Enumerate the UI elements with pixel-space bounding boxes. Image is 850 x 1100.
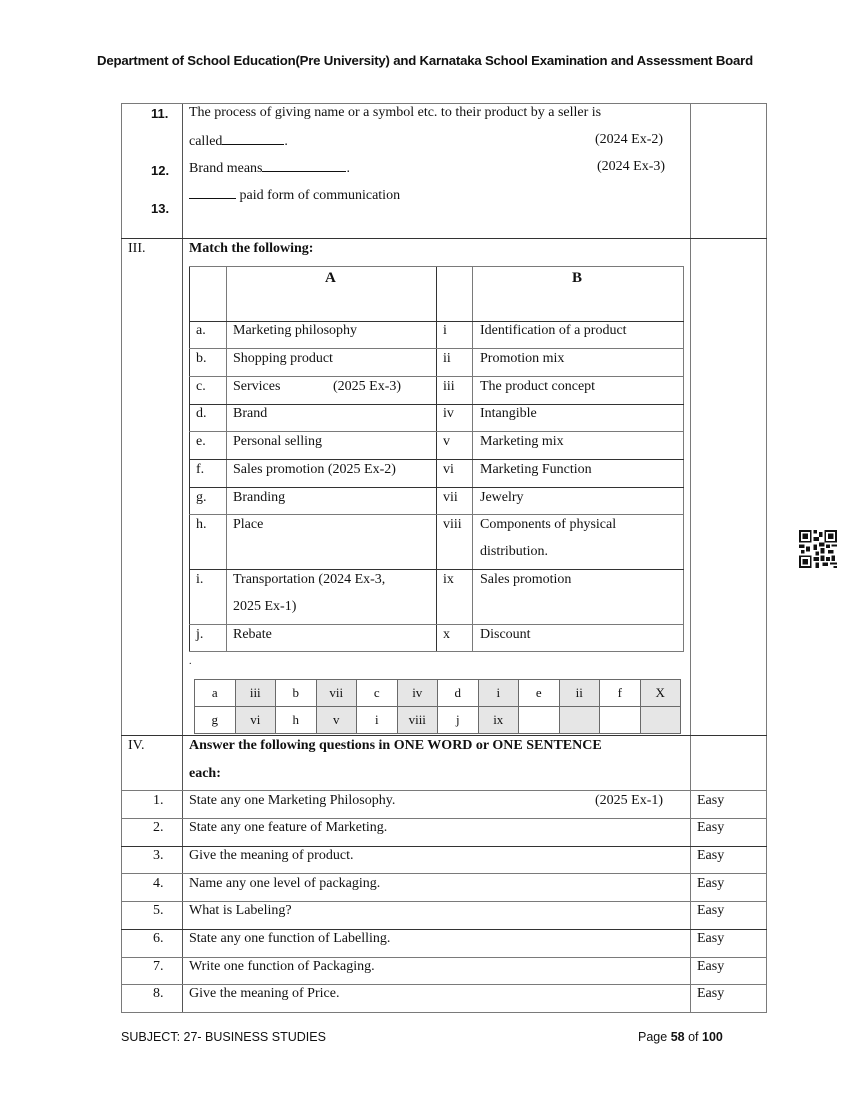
match-a-key: i. — [196, 572, 203, 588]
match-a-text: Sales promotion (2025 Ex-2) — [233, 462, 396, 478]
match-a-key: j. — [196, 627, 203, 643]
difficulty-level: Easy — [697, 931, 724, 947]
answer-key-letter — [600, 707, 641, 734]
question-number: 12. — [151, 163, 169, 179]
answer-key-table: aiiibviicivdieiifXgvihviviiijix — [194, 679, 681, 734]
exam-tag: (2024 Ex-3) — [597, 159, 665, 175]
match-a-key: h. — [196, 517, 207, 533]
question-number: 3. — [153, 848, 164, 864]
question-number: 7. — [153, 959, 164, 975]
section-number: III. — [128, 241, 146, 257]
qr-code-icon — [799, 530, 837, 568]
answer-key-match: vi — [235, 707, 276, 734]
column-b-header: B — [572, 270, 582, 286]
match-b-key: vii — [443, 490, 458, 506]
match-b-key: vi — [443, 462, 454, 478]
match-a-key: b. — [196, 351, 207, 367]
section-number: IV. — [128, 738, 144, 754]
answer-key-match: X — [640, 680, 681, 707]
exam-tag: (2025 Ex-3) — [333, 379, 401, 395]
answer-key-letter: j — [438, 707, 479, 734]
answer-key-letter: h — [276, 707, 317, 734]
stray-mark: . — [189, 654, 192, 670]
match-b-key: viii — [443, 517, 462, 533]
difficulty-level: Easy — [697, 986, 724, 1002]
answer-key-letter: a — [195, 680, 236, 707]
match-b-text-cont: distribution. — [480, 544, 548, 560]
answer-key-letter: c — [357, 680, 398, 707]
match-b-text: Discount — [480, 627, 531, 643]
match-a-text: Personal selling — [233, 434, 322, 450]
answer-key-letter: d — [438, 680, 479, 707]
question-text: Give the meaning of product. — [189, 848, 353, 864]
difficulty-level: Easy — [697, 876, 724, 892]
answer-key-letter: b — [276, 680, 317, 707]
answer-blank — [262, 159, 346, 172]
match-a-text: Branding — [233, 490, 285, 506]
answer-key-match: ii — [559, 680, 600, 707]
answer-key-letter — [519, 707, 560, 734]
question-text: What is Labeling? — [189, 903, 292, 919]
match-b-key: x — [443, 627, 450, 643]
page-header: Department of School Education(Pre Unive… — [0, 53, 850, 68]
question-text: The process of giving name or a symbol e… — [189, 105, 601, 121]
match-b-key: ix — [443, 572, 454, 588]
answer-key-letter: g — [195, 707, 236, 734]
answer-key-match: viii — [397, 707, 438, 734]
match-b-text: Marketing mix — [480, 434, 564, 450]
question-number: 5. — [153, 903, 164, 919]
match-a-text: Shopping product — [233, 351, 333, 367]
match-b-text: Sales promotion — [480, 572, 571, 588]
match-b-text: Components of physical — [480, 517, 616, 533]
exam-tag: (2025 Ex-1) — [595, 793, 663, 809]
match-b-text: The product concept — [480, 379, 595, 395]
footer-page-number: Page 58 of 100 — [638, 1030, 723, 1044]
question-number: 2. — [153, 820, 164, 836]
answer-key-match: ix — [478, 707, 519, 734]
answer-key-letter: f — [600, 680, 641, 707]
match-a-key: c. — [196, 379, 206, 395]
question-text: Brand means. — [189, 159, 350, 177]
question-number: 4. — [153, 876, 164, 892]
question-text: State any one Marketing Philosophy. — [189, 793, 395, 809]
question-text: State any one feature of Marketing. — [189, 820, 387, 836]
match-a-text: Services — [233, 379, 280, 395]
match-a-text-cont: 2025 Ex-1) — [233, 599, 296, 615]
section-title: Answer the following questions in ONE WO… — [189, 738, 602, 754]
question-text: Give the meaning of Price. — [189, 986, 339, 1002]
question-text: paid form of communication — [189, 186, 400, 204]
section-title-cont: each: — [189, 766, 221, 782]
answer-key-letter: i — [357, 707, 398, 734]
answer-key-row: aiiibviicivdieiifX — [195, 680, 681, 707]
question-number: 1. — [153, 793, 164, 809]
column-a-header: A — [325, 270, 336, 286]
answer-key-match: iii — [235, 680, 276, 707]
match-a-text: Brand — [233, 406, 267, 422]
match-a-key: g. — [196, 490, 207, 506]
match-a-text: Transportation (2024 Ex-3, — [233, 572, 385, 588]
difficulty-level: Easy — [697, 793, 724, 809]
match-a-key: e. — [196, 434, 206, 450]
question-text: State any one function of Labelling. — [189, 931, 390, 947]
match-b-text: Jewelry — [480, 490, 524, 506]
match-a-text: Marketing philosophy — [233, 323, 357, 339]
answer-blank — [222, 132, 284, 145]
match-a-text: Place — [233, 517, 263, 533]
difficulty-level: Easy — [697, 820, 724, 836]
match-a-text: Rebate — [233, 627, 272, 643]
match-b-key: v — [443, 434, 450, 450]
answer-key-match — [640, 707, 681, 734]
exam-tag: (2024 Ex-2) — [595, 132, 663, 148]
section-title: Match the following: — [189, 241, 313, 257]
answer-blank — [189, 186, 236, 199]
difficulty-level: Easy — [697, 903, 724, 919]
answer-key-letter: e — [519, 680, 560, 707]
difficulty-level: Easy — [697, 848, 724, 864]
match-a-key: d. — [196, 406, 207, 422]
match-b-key: ii — [443, 351, 451, 367]
match-b-key: i — [443, 323, 447, 339]
match-b-key: iv — [443, 406, 454, 422]
question-number: 11. — [151, 106, 168, 122]
question-number: 8. — [153, 986, 164, 1002]
question-text: Name any one level of packaging. — [189, 876, 380, 892]
question-text-cont: called. — [189, 132, 288, 150]
answer-key-match: iv — [397, 680, 438, 707]
match-b-text: Promotion mix — [480, 351, 564, 367]
footer-subject: SUBJECT: 27- BUSINESS STUDIES — [121, 1030, 326, 1044]
match-b-text: Identification of a product — [480, 323, 627, 339]
question-number: 6. — [153, 931, 164, 947]
match-b-text: Marketing Function — [480, 462, 592, 478]
question-number: 13. — [151, 201, 169, 217]
answer-key-match: v — [316, 707, 357, 734]
match-b-text: Intangible — [480, 406, 537, 422]
answer-key-match — [559, 707, 600, 734]
question-text: Write one function of Packaging. — [189, 959, 375, 975]
match-a-key: f. — [196, 462, 204, 478]
match-a-key: a. — [196, 323, 206, 339]
match-b-key: iii — [443, 379, 455, 395]
answer-key-match: i — [478, 680, 519, 707]
difficulty-level: Easy — [697, 959, 724, 975]
answer-key-match: vii — [316, 680, 357, 707]
answer-key-row: gvihviviiijix — [195, 707, 681, 734]
